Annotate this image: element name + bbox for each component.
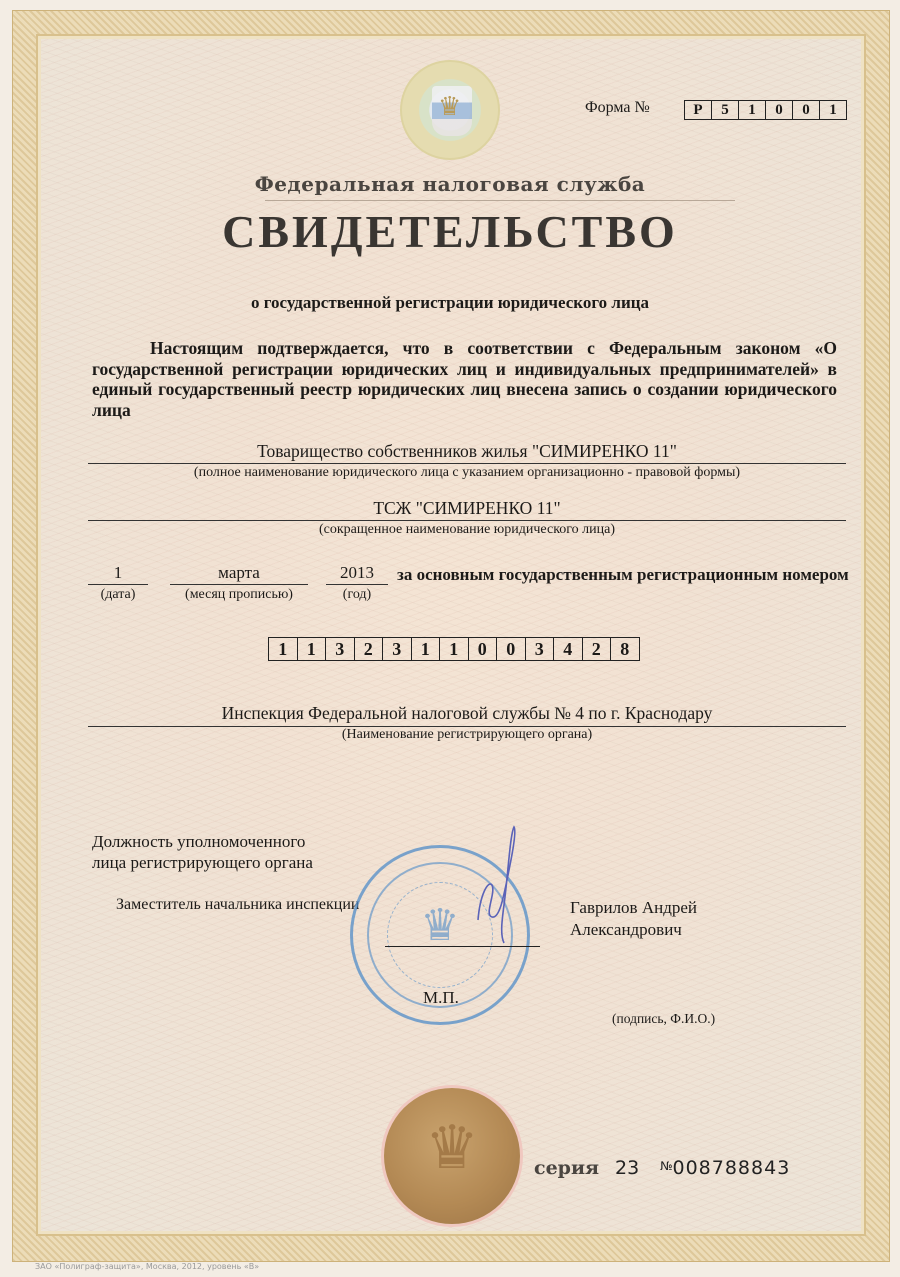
agency-name: Федеральная налоговая служба [0, 172, 900, 196]
title-divider [265, 200, 735, 201]
position-label: Должность уполномоченного лица регистрир… [92, 831, 313, 873]
fns-hologram-emblem: ♛ [400, 60, 500, 160]
form-code-cell: 0 [766, 101, 793, 119]
ogrn-digit: 8 [611, 638, 639, 660]
confirmation-paragraph: Настоящим подтверждается, что в соответс… [92, 338, 837, 420]
form-number-boxes: Р 5 1 0 0 1 [684, 100, 847, 120]
signer-name-line2: Александрович [570, 919, 697, 941]
ogrn-digit: 3 [526, 638, 555, 660]
double-headed-eagle-icon: ♛ [438, 94, 461, 120]
short-name-caption: (сокращенное наименование юридического л… [88, 522, 846, 538]
date-month-value: марта [170, 563, 308, 585]
signature-line [385, 946, 540, 947]
date-day-value: 1 [88, 563, 148, 585]
ogrn-digit: 0 [469, 638, 498, 660]
date-day-caption: (дата) [88, 587, 148, 603]
form-number-label: Форма № [585, 99, 650, 117]
position-value: Заместитель начальника инспекции [116, 896, 359, 914]
date-year-value: 2013 [326, 563, 388, 585]
number-sign: № [660, 1159, 672, 1173]
full-name-value: Товарищество собственников жилья "СИМИРЕ… [88, 441, 846, 462]
ogrn-digit: 1 [440, 638, 469, 660]
form-code-cell: 1 [820, 101, 846, 119]
full-name-caption: (полное наименование юридического лица с… [88, 465, 846, 481]
ogrn-digit: 3 [326, 638, 355, 660]
short-name-underline [88, 520, 846, 521]
authority-value: Инспекция Федеральной налоговой службы №… [88, 703, 846, 724]
form-code-cell: Р [685, 101, 712, 119]
ogrn-digit: 1 [269, 638, 298, 660]
date-year: 2013 (год) [326, 563, 388, 603]
ogrn-digit: 2 [355, 638, 384, 660]
full-name-underline [88, 463, 846, 464]
ogrn-digit: 3 [383, 638, 412, 660]
form-code-cell: 5 [712, 101, 739, 119]
signature-caption: (подпись, Ф.И.О.) [612, 1011, 715, 1027]
document-title: СВИДЕТЕЛЬСТВО [0, 205, 900, 258]
ogrn-digit: 0 [497, 638, 526, 660]
date-day: 1 (дата) [88, 563, 148, 603]
ogrn-digit: 1 [412, 638, 441, 660]
gold-embossed-seal: ♛ [384, 1088, 520, 1224]
ogrn-digit: 1 [298, 638, 327, 660]
ogrn-label: за основным государственным регистрацион… [397, 565, 849, 585]
signer-name-line1: Гаврилов Андрей [570, 897, 697, 919]
blank-number: №008788843 [660, 1157, 790, 1179]
embossed-eagle-icon: ♛ [384, 1118, 520, 1178]
handwritten-signature [470, 825, 530, 945]
position-label-line1: Должность уполномоченного [92, 831, 313, 852]
ogrn-digit: 2 [583, 638, 612, 660]
authority-caption: (Наименование регистрирующего органа) [88, 727, 846, 743]
form-code-cell: 1 [739, 101, 766, 119]
signer-name: Гаврилов Андрей Александрович [570, 897, 697, 941]
blank-number-value: 008788843 [672, 1157, 790, 1179]
date-year-caption: (год) [326, 587, 388, 603]
document-subtitle: о государственной регистрации юридическо… [0, 293, 900, 313]
ogrn-digit: 4 [554, 638, 583, 660]
form-code-cell: 0 [793, 101, 820, 119]
printer-note: ЗАО «Полиграф-защита», Москва, 2012, уро… [35, 1262, 259, 1271]
series-label: серия [534, 1157, 599, 1179]
date-month-caption: (месяц прописью) [170, 587, 308, 603]
ogrn-number-boxes: 1 1 3 2 3 1 1 0 0 3 4 2 8 [268, 637, 640, 661]
position-label-line2: лица регистрирующего органа [92, 852, 313, 873]
short-name-value: ТСЖ "СИМИРЕНКО 11" [88, 498, 846, 519]
series-value: 23 [615, 1157, 639, 1179]
stamp-place-mark: М.П. [423, 988, 459, 1008]
date-month: марта (месяц прописью) [170, 563, 308, 603]
